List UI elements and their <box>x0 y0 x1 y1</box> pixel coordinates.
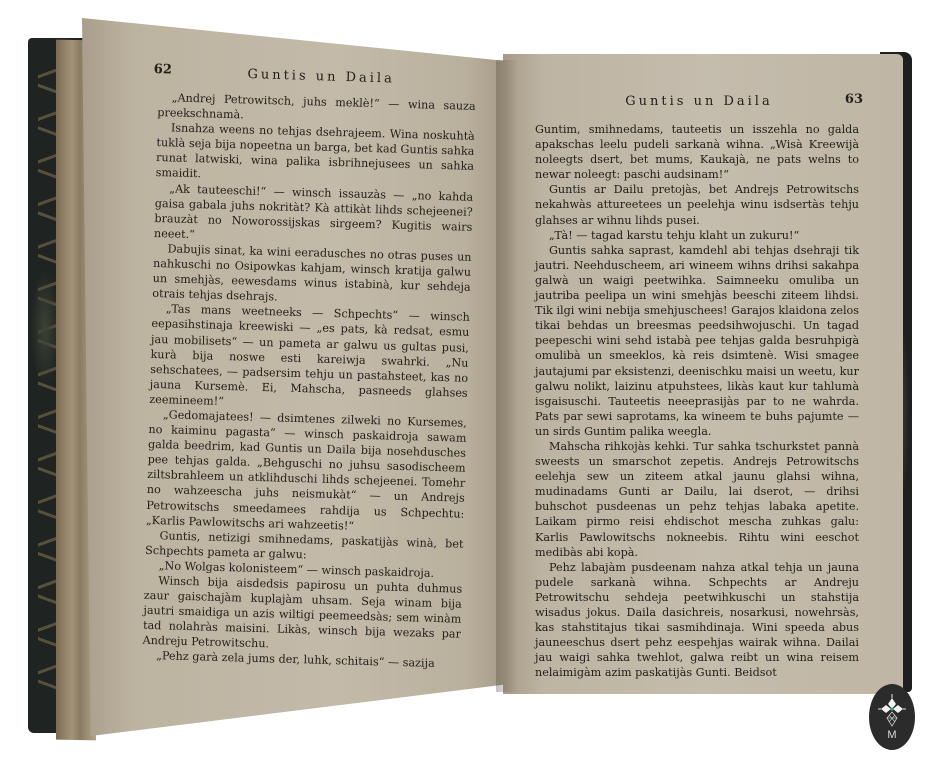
paragraph: „Tas mans weetneeks — Schpechts“ — winsc… <box>149 301 470 415</box>
page-body-text: „Andrej Petrowitsch, juhs meklè!“ — wina… <box>142 90 476 672</box>
paragraph: Pehz labajàm pusdeenam nahza atkal tehja… <box>535 560 859 681</box>
paragraph: Isnahza weens no tehjas dsehrajeem. Wina… <box>155 120 475 189</box>
paragraph: „Gedomajatees! — dsimtenes zilweki no Ku… <box>146 407 467 537</box>
right-page: Guntis un Daila 63 Guntim, smihnedams, t… <box>503 54 903 694</box>
running-head-right: Guntis un Daila 63 <box>535 92 863 120</box>
paragraph: „Ak tauteeschi!“ — winsch issauzàs — „no… <box>154 181 474 250</box>
paragraph: Guntis sahka saprast, kamdehl abi tehjas… <box>535 243 859 439</box>
paragraph: „Tà! — tagad karstu tehju klaht un zukur… <box>535 228 859 243</box>
left-page: 62 Guntis un Daila „Andrej Petrowitsch, … <box>82 18 507 736</box>
book-gutter-shadow <box>496 60 518 692</box>
running-head-title: Guntis un Daila <box>153 64 488 90</box>
page-body-text: Guntim, smihnedams, tauteetis un isszehl… <box>535 122 859 680</box>
paragraph: Guntim, smihnedams, tauteetis un isszehl… <box>535 122 859 182</box>
paragraph: Guntis ar Dailu pretojàs, bet Andrejs Pe… <box>535 182 859 227</box>
page-number: 63 <box>845 92 863 107</box>
paragraph: Mahscha rihkojàs kehki. Tur sahka tschur… <box>535 439 859 560</box>
diamond-flower-m-monogram-icon: M <box>869 684 915 750</box>
running-head-title: Guntis un Daila <box>535 94 863 109</box>
svg-text:M: M <box>887 729 896 741</box>
paragraph: Dabujis sinat, ka wini eeradusches no ot… <box>152 241 472 310</box>
paragraph: Winsch bija aisdedsis papirosu un puhta … <box>142 573 462 657</box>
watermark-logo: M <box>869 684 915 750</box>
